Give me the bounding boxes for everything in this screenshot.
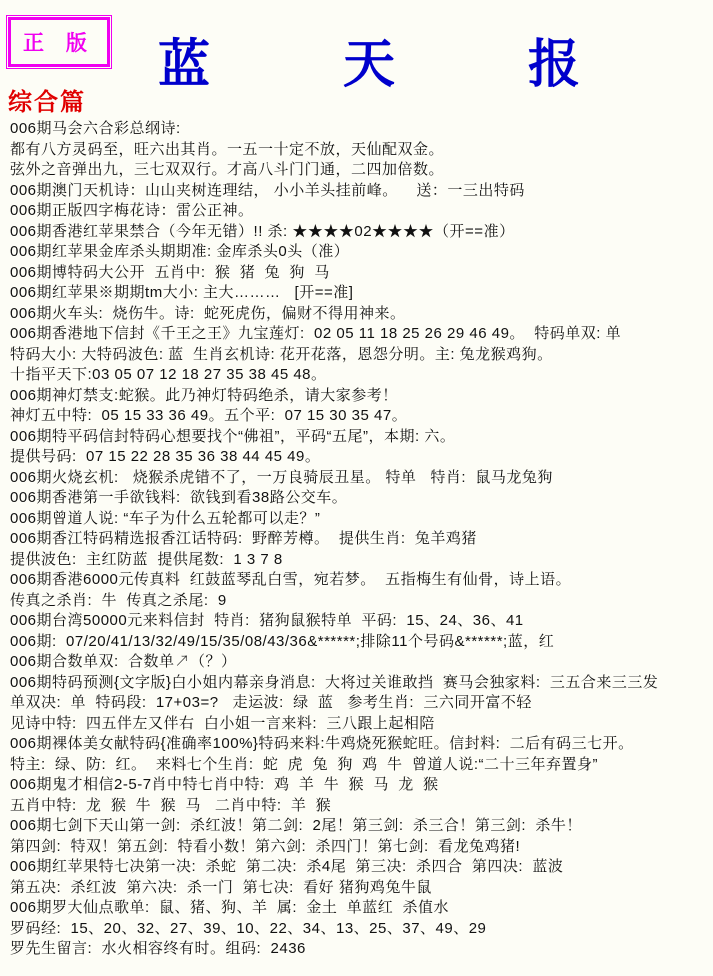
text-line: 006期香港红苹果禁合（今年无错）!! 杀: ★★★★02★★★★（开==准） bbox=[10, 222, 711, 243]
text-line: 006期澳门天机诗：山山夹树连理结， 小小羊头挂前峰。 送：一三出特码 bbox=[10, 181, 711, 202]
text-line: 第四剑: 特双！第五剑: 特看小数！第六剑: 杀四门！第七剑: 看龙兔鸡猪! bbox=[10, 837, 711, 858]
text-line: 神灯五中特: 05 15 33 36 49。五个平: 07 15 30 35 4… bbox=[10, 406, 711, 427]
text-line: 006期博特码大公开 五肖中: 猴 猪 兔 狗 马 bbox=[10, 263, 711, 284]
tips-text-block: 006期马会六合彩总纲诗:都有八方灵码至，旺六出其肖。一五一十定不放，天仙配双金… bbox=[10, 119, 711, 960]
section-heading: 综合篇 bbox=[8, 82, 86, 117]
text-line: 006期: 07/20/41/13/32/49/15/35/08/43/36&*… bbox=[10, 632, 711, 653]
text-line: 006期特平码信封特码心想要找个“佛祖”，平码“五尾”，本期: 六。 bbox=[10, 427, 711, 448]
text-line: 006期七剑下天山第一剑: 杀红波！第二剑: 2尾！第三剑: 杀三合！第三剑: … bbox=[10, 816, 711, 837]
text-line: 五肖中特: 龙 猴 牛 猴 马 二肖中特: 羊 猴 bbox=[10, 796, 711, 817]
text-line: 特码大小: 大特码波色: 蓝 生肖玄机诗: 花开花落，恩怨分明。主: 兔龙猴鸡狗… bbox=[10, 345, 711, 366]
text-line: 传真之杀肖: 牛 传真之杀尾: 9 bbox=[10, 591, 711, 612]
text-line: 罗码经: 15、20、32、27、39、10、22、34、13、25、37、49… bbox=[10, 919, 711, 940]
text-line: 单双决: 单 特码段: 17+03=? 走运波: 绿 蓝 参考生肖: 三六同开富… bbox=[10, 693, 711, 714]
text-line: 006期台湾50000元来料信封 特肖: 猪狗鼠猴特单 平码: 15、24、36… bbox=[10, 611, 711, 632]
page-title: 蓝 天 报 bbox=[158, 22, 640, 97]
text-line: 006期香港地下信封《千王之王》九宝莲灯: 02 05 11 18 25 26 … bbox=[10, 324, 711, 345]
text-line: 特主: 绿、防: 红。 来料七个生肖: 蛇 虎 兔 狗 鸡 牛 曾道人说:“二十… bbox=[10, 755, 711, 776]
text-line: 006期合数单双: 合数单↗（？） bbox=[10, 652, 711, 673]
text-line: 十指平天下:03 05 07 12 18 27 35 38 45 48。 bbox=[10, 365, 711, 386]
text-line: 006期红苹果※期期tm大小: 主大……… [开==准] bbox=[10, 283, 711, 304]
text-line: 006期特码预测{文字版}白小姐内幕亲身消息: 大将过关谁敢挡 赛马会独家料: … bbox=[10, 673, 711, 694]
text-line: 006期正版四字梅花诗：雷公正神。 bbox=[10, 201, 711, 222]
text-line: 提供号码: 07 15 22 28 35 36 38 44 45 49。 bbox=[10, 447, 711, 468]
text-line: 006期裸体美女献特码{准确率100%}特码来料:牛鸡烧死猴蛇旺。信封料: 二后… bbox=[10, 734, 711, 755]
text-line: 006期香港6000元传真料 红鼓蓝琴乱白雪，宛若梦。 五指梅生有仙骨，诗上语。 bbox=[10, 570, 711, 591]
text-line: 006期香江特码精选报香江话特码: 野醉芳樽。 提供生肖: 兔羊鸡猪 bbox=[10, 529, 711, 550]
authentic-edition-badge: 正 版 bbox=[8, 17, 110, 67]
text-line: 弦外之音弹出九，三七双双行。才高八斗门门通，二四加倍数。 bbox=[10, 160, 711, 181]
text-line: 006期神灯禁支:蛇猴。此乃神灯特码绝杀，请大家参考！ bbox=[10, 386, 711, 407]
text-line: 006期罗大仙点歌单: 鼠、猪、狗、羊 属: 金土 单蓝红 杀值水 bbox=[10, 898, 711, 919]
text-line: 006期鬼才相信2-5-7肖中特七肖中特: 鸡 羊 牛 猴 马 龙 猴 bbox=[10, 775, 711, 796]
text-line: 006期马会六合彩总纲诗: bbox=[10, 119, 711, 140]
text-line: 006期曾道人说: “车子为什么五轮都可以走？” bbox=[10, 509, 711, 530]
text-line: 006期红苹果特七决第一决: 杀蛇 第二决: 杀4尾 第三决: 杀四合 第四决:… bbox=[10, 857, 711, 878]
text-line: 006期香港第一手欲钱料: 欲钱到看38路公交车。 bbox=[10, 488, 711, 509]
text-line: 006期火车头: 烧伤牛。诗: 蛇死虎伤，偏财不得用神来。 bbox=[10, 304, 711, 325]
text-line: 第五决: 杀红波 第六决: 杀一门 第七决: 看好 猪狗鸡兔牛鼠 bbox=[10, 878, 711, 899]
text-line: 见诗中特: 四五伴左又伴右 白小姐一言来料: 三八跟上起相陪 bbox=[10, 714, 711, 735]
text-line: 006期红苹果金库杀头期期准: 金库杀头0头（准） bbox=[10, 242, 711, 263]
text-line: 006期火烧玄机: 烧猴杀虎错不了，一万良骑辰丑星。 特单 特肖: 鼠马龙兔狗 bbox=[10, 468, 711, 489]
text-line: 都有八方灵码至，旺六出其肖。一五一十定不放，天仙配双金。 bbox=[10, 140, 711, 161]
text-line: 罗先生留言: 水火相容终有时。组码: 2436 bbox=[10, 939, 711, 960]
text-line: 提供波色: 主红防蓝 提供尾数: 1 3 7 8 bbox=[10, 550, 711, 571]
